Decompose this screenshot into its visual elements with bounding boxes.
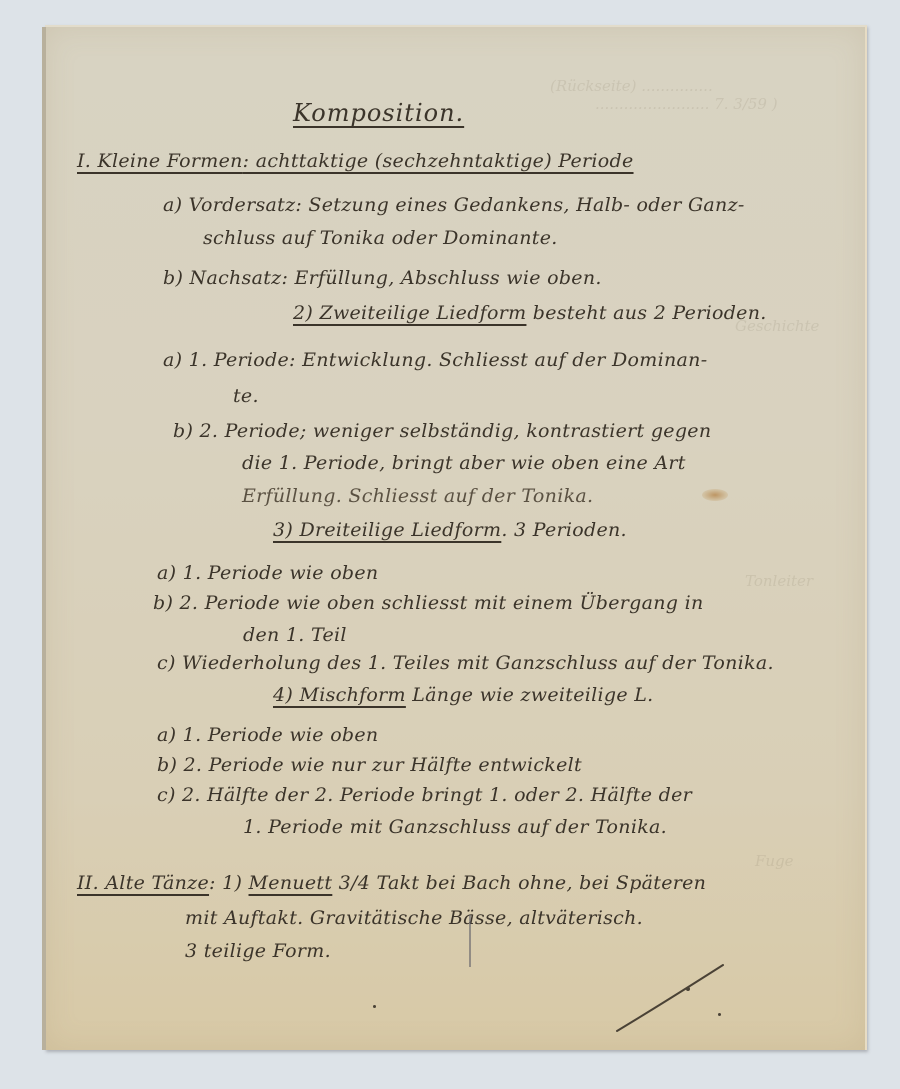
section-heading-detail: : achttaktige (sechzehntaktige) Periode [243, 150, 634, 172]
section-heading-detail: Menuett [249, 872, 333, 894]
section-heading-label: I. Kleine Formen [77, 150, 243, 172]
text-line: den 1. Teil [243, 624, 347, 646]
section-heading: II. Alte Tänze: 1) Menuett 3/4 Takt bei … [77, 872, 706, 894]
section-heading-detail: : 1) [209, 872, 248, 894]
text-line: a) Vordersatz: Setzung eines Gedankens, … [163, 194, 745, 216]
bleed-through-text: ........................ 7. 3/59 ) [595, 95, 778, 113]
section-heading-detail: . 3 Perioden. [501, 519, 627, 541]
text-line: b) 2. Periode; weniger selbständig, kont… [173, 420, 711, 442]
text-line: 1. Periode mit Ganzschluss auf der Tonik… [243, 816, 667, 838]
bleed-through-text: (Rückseite) ............... [550, 77, 713, 95]
text-line: te. [233, 385, 259, 407]
section-heading: 2) Zweiteilige Liedform besteht aus 2 Pe… [293, 302, 767, 324]
text-line: a) 1. Periode: Entwicklung. Schliesst au… [163, 349, 707, 371]
section-heading: I. Kleine Formen: achttaktige (sechzehnt… [77, 150, 634, 172]
section-heading: 3) Dreiteilige Liedform. 3 Perioden. [273, 519, 627, 541]
text-line: b) 2. Periode wie nur zur Hälfte entwick… [157, 754, 582, 776]
document-title: Komposition. [293, 99, 464, 127]
text-line: die 1. Periode, bringt aber wie oben ein… [242, 452, 686, 474]
section-heading-detail: Länge wie zweiteilige L. [406, 684, 654, 706]
section-heading-detail: besteht aus 2 Perioden. [526, 302, 766, 324]
ink-stain [702, 489, 728, 501]
text-line: schluss auf Tonika oder Dominante. [203, 227, 558, 249]
section-heading-label: 2) Zweiteilige Liedform [293, 302, 526, 324]
text-line: c) 2. Hälfte der 2. Periode bringt 1. od… [157, 784, 692, 806]
text-line: Erfüllung. Schliesst auf der Tonika. [242, 485, 593, 507]
text-line: a) 1. Periode wie oben [157, 724, 378, 746]
text-line: c) Wiederholung des 1. Teiles mit Ganzsc… [157, 652, 774, 674]
section-heading-label: 4) Mischform [273, 684, 406, 706]
closing-stroke-icon [605, 957, 735, 1037]
text-line: b) 2. Periode wie oben schliesst mit ein… [153, 592, 704, 614]
section-heading: 4) Mischform Länge wie zweiteilige L. [273, 684, 653, 706]
page-edge [42, 27, 46, 1050]
ink-dot [373, 1005, 376, 1008]
section-heading-label: II. Alte Tänze [77, 872, 209, 894]
section-heading-detail: 3/4 Takt bei Bach ohne, bei Späteren [332, 872, 706, 894]
ink-dot [718, 1013, 721, 1016]
manuscript-page: (Rückseite) ............... ............… [45, 25, 867, 1050]
text-line: a) 1. Periode wie oben [157, 562, 378, 584]
bleed-through-text: Fuge [755, 852, 794, 870]
pencil-mark [469, 915, 471, 967]
ink-dot [686, 987, 690, 991]
text-line: 3 teilige Form. [185, 940, 331, 962]
text-line: mit Auftakt. Gravitätische Bässe, altvät… [185, 907, 643, 929]
bleed-through-text: Tonleiter [745, 572, 813, 590]
text-line: b) Nachsatz: Erfüllung, Abschluss wie ob… [163, 267, 602, 289]
section-heading-label: 3) Dreiteilige Liedform [273, 519, 501, 541]
